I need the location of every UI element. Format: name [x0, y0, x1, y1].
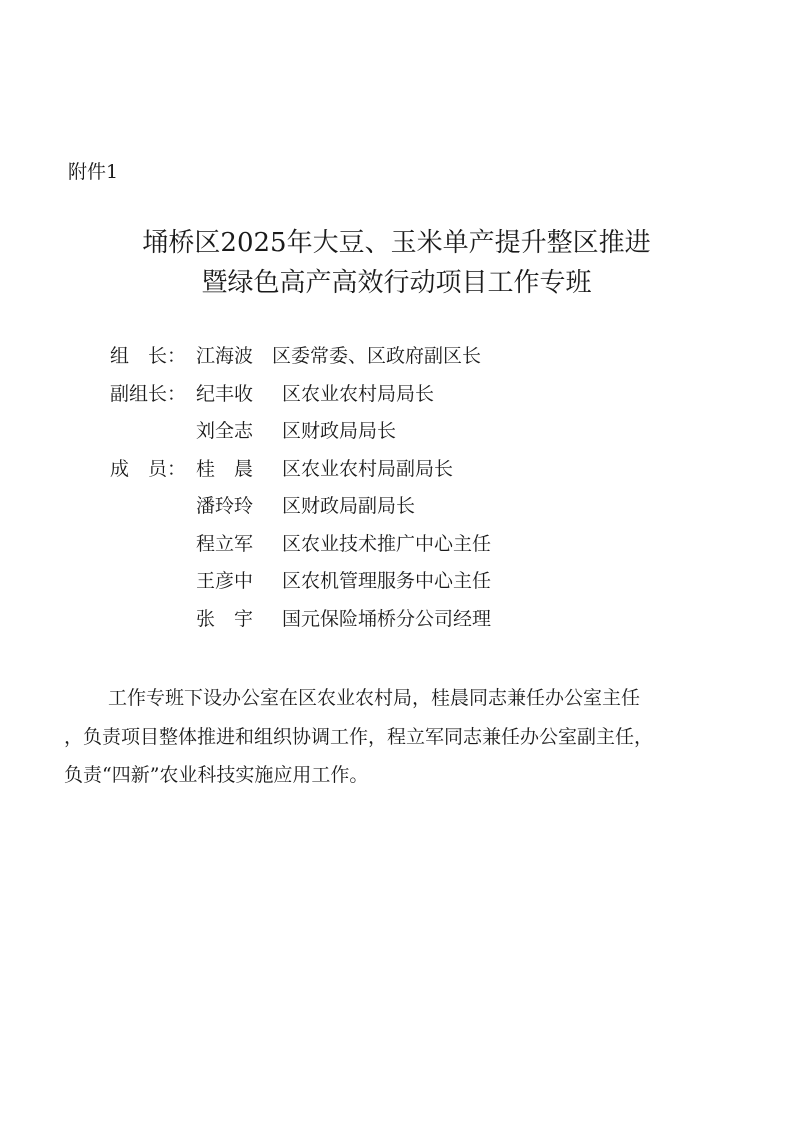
office-description-paragraph: 工作专班下设办公室在区农业农村局，桂晨同志兼任办公室主任 ，负责项目整体推进和组… — [64, 679, 744, 795]
roster-role: 成 员： — [110, 454, 196, 484]
roster-name: 刘全志 — [196, 416, 253, 446]
paragraph-line: 工作专班下设办公室在区农业农村局，桂晨同志兼任办公室主任 — [64, 679, 744, 718]
roster-name: 王彦中 — [196, 566, 253, 596]
roster-title: 区农业农村局副局长 — [282, 454, 453, 484]
document-title-line-1: 埇桥区2025年大豆、玉米单产提升整区推进 — [0, 224, 793, 262]
roster-title: 区财政局副局长 — [282, 491, 415, 521]
roster-name: 纪丰收 — [196, 379, 253, 409]
paragraph-line: 负责“四新”农业科技实施应用工作。 — [64, 756, 744, 795]
roster-name: 潘玲玲 — [196, 491, 253, 521]
roster-name: 江海波 — [196, 341, 253, 371]
paragraph-line: ，负责项目整体推进和组织协调工作，程立军同志兼任办公室副主任， — [64, 718, 744, 757]
roster-role: 副组长： — [110, 379, 196, 409]
attachment-label: 附件1 — [68, 160, 118, 184]
roster-role: 组 长： — [110, 341, 196, 371]
document-title-line-2: 暨绿色高产高效行动项目工作专班 — [0, 264, 793, 302]
roster-title: 区农机管理服务中心主任 — [282, 566, 491, 596]
roster-title: 区农业农村局局长 — [282, 379, 434, 409]
roster-title: 区农业技术推广中心主任 — [282, 529, 491, 559]
roster-name: 程立军 — [196, 529, 253, 559]
roster-name: 张 宇 — [196, 604, 253, 634]
roster-title: 国元保险埇桥分公司经理 — [282, 604, 491, 634]
roster-name: 桂 晨 — [196, 454, 253, 484]
roster-title: 区财政局局长 — [282, 416, 396, 446]
roster-title: 区委常委、区政府副区长 — [272, 341, 481, 371]
